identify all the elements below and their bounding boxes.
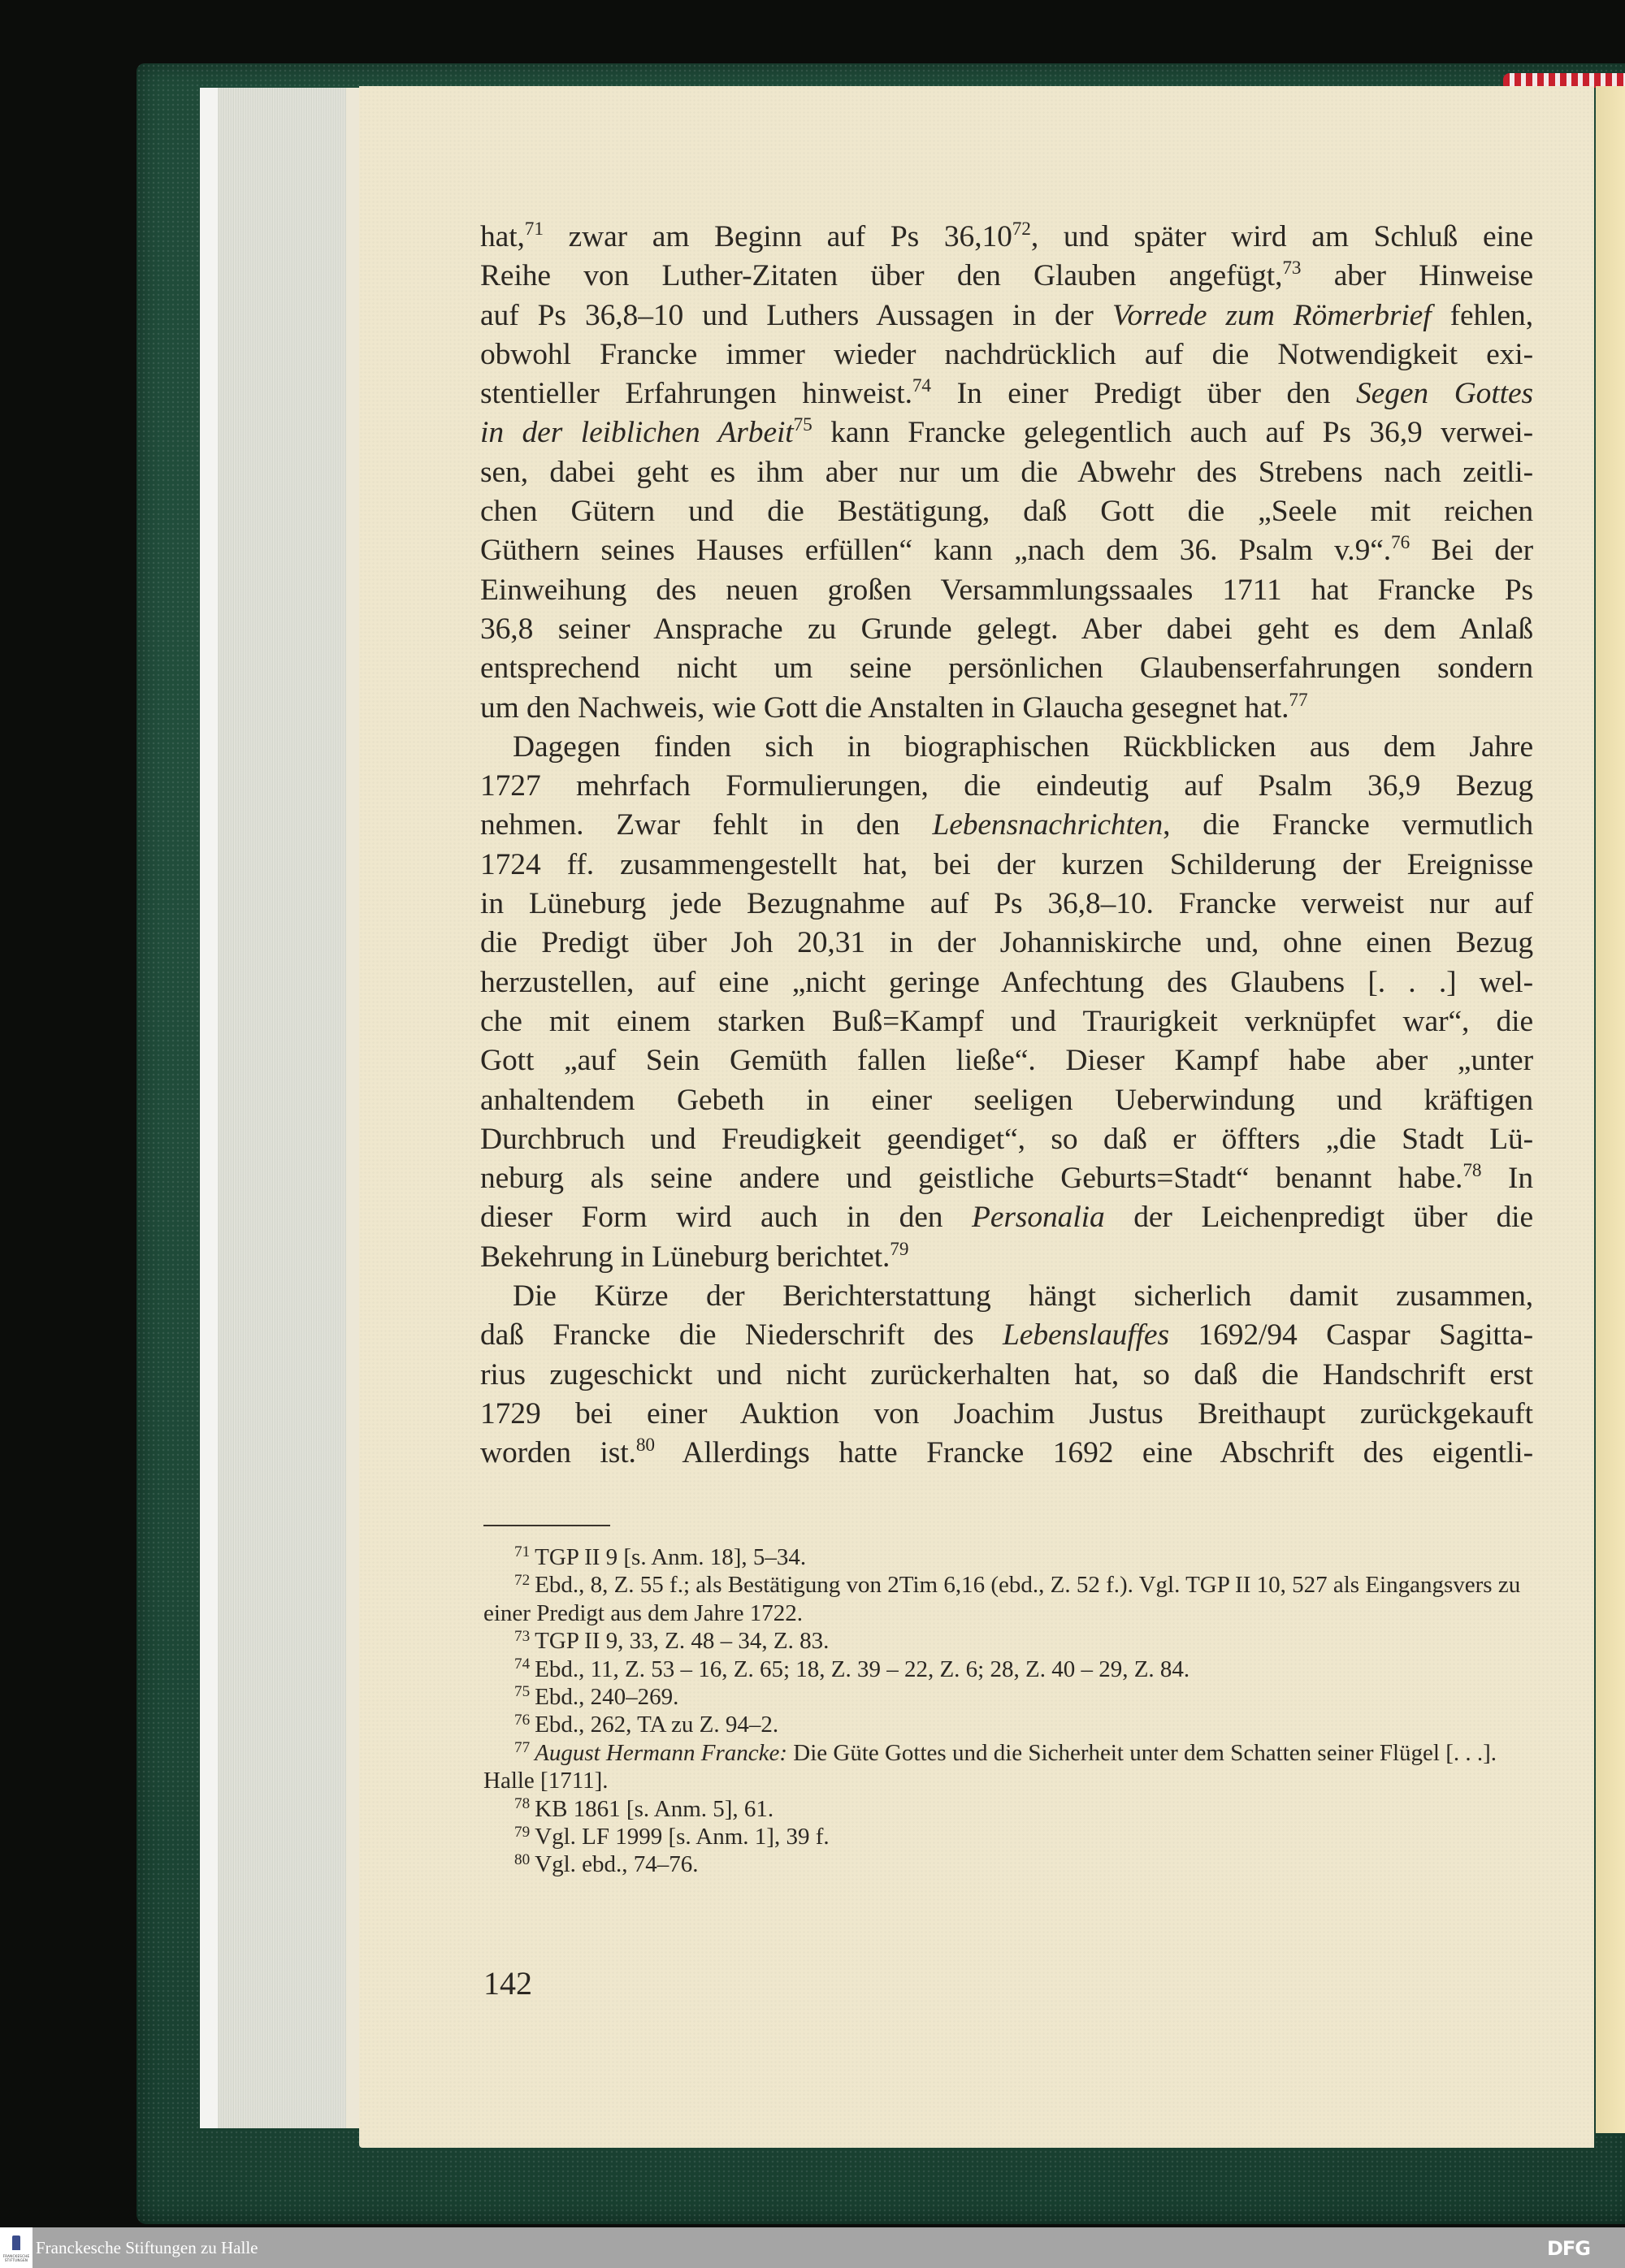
footnotes: 71TGP II 9 [s. Anm. 18], 5–34.72Ebd., 8,… <box>483 1543 1532 1879</box>
page-edge-band <box>346 88 359 2128</box>
text-line: rius zugeschickt und nicht zurückerhalte… <box>480 1356 1533 1395</box>
text-line: Durchbruch und Freudigkeit geendiget“, s… <box>480 1120 1533 1159</box>
text-line: neburg als seine andere und geistliche G… <box>480 1159 1533 1198</box>
text-line: auf Ps 36,8–10 und Luthers Aussagen in d… <box>480 296 1533 335</box>
footnote: 77August Hermann Francke: Die Güte Gotte… <box>483 1739 1532 1795</box>
italic-title: Lebenslauffes <box>1003 1318 1169 1352</box>
text-line: chen Gütern und die Bestätigung, daß Got… <box>480 492 1533 531</box>
text-line: sen, dabei geht es ihm aber nur um die A… <box>480 453 1533 492</box>
text-line: 1729 bei einer Auktion von Joachim Justu… <box>480 1395 1533 1434</box>
footnote-number: 71 <box>514 1543 530 1560</box>
footnote: 74Ebd., 11, Z. 53 – 16, Z. 65; 18, Z. 39… <box>483 1656 1532 1683</box>
page-number: 142 <box>483 1964 532 2002</box>
text-line: Bekehrung in Lüneburg berichtet.79 <box>480 1238 1533 1277</box>
footnote-ref[interactable]: 77 <box>1289 690 1307 711</box>
footnote-ref[interactable]: 78 <box>1462 1160 1481 1181</box>
footnote-number: 76 <box>514 1712 530 1729</box>
italic-title: in der leiblichen Arbeit <box>480 416 794 449</box>
text-line: nehmen. Zwar fehlt in den Lebensnachrich… <box>480 806 1533 845</box>
italic-title: August Hermann Francke: <box>535 1740 787 1766</box>
footnote-number: 72 <box>514 1572 530 1589</box>
italic-title: Personalia <box>972 1201 1105 1234</box>
institution-name[interactable]: Franckesche Stiftungen zu Halle <box>36 2238 258 2258</box>
footnote: 76Ebd., 262, TA zu Z. 94–2. <box>483 1711 1532 1738</box>
footnote-ref[interactable]: 72 <box>1012 219 1031 240</box>
logo-text: FRANCKESCHE STIFTUNGEN <box>1 2254 32 2262</box>
footnote: 80Vgl. ebd., 74–76. <box>483 1850 1532 1878</box>
footnote-number: 78 <box>514 1795 530 1812</box>
text-line: stentieller Erfahrungen hinweist.74 In e… <box>480 374 1533 413</box>
dfg-logo[interactable]: DFG <box>1547 2237 1590 2260</box>
paragraph: Dagegen finden sich in biographischen Rü… <box>480 728 1533 1277</box>
text-line: Gott „auf Sein Gemüth fallen ließe“. Die… <box>480 1041 1533 1080</box>
footnote-ref[interactable]: 74 <box>912 375 931 396</box>
footnote: 75Ebd., 240–269. <box>483 1683 1532 1711</box>
endpaper-edge <box>200 88 218 2128</box>
text-line: um den Nachweis, wie Gott die Anstalten … <box>480 689 1533 728</box>
text-line: in der leiblichen Arbeit75 kann Francke … <box>480 413 1533 452</box>
italic-title: Lebensnachrichten <box>932 808 1163 842</box>
text-line: in Lüneburg jede Bezugnahme auf Ps 36,8–… <box>480 885 1533 924</box>
text-line: anhaltendem Gebeth in einer seeligen Ueb… <box>480 1081 1533 1120</box>
footnote-ref[interactable]: 80 <box>636 1435 655 1456</box>
page-edges <box>200 88 359 2128</box>
footnote-ref[interactable]: 73 <box>1282 258 1301 279</box>
statue-icon <box>12 2236 20 2250</box>
text-line: worden ist.80 Allerdings hatte Francke 1… <box>480 1434 1533 1473</box>
text-line: hat,71 zwar am Beginn auf Ps 36,1072, un… <box>480 218 1533 257</box>
footnote-number: 79 <box>514 1824 530 1841</box>
footnote-number: 73 <box>514 1628 530 1645</box>
body-text: hat,71 zwar am Beginn auf Ps 36,1072, un… <box>480 218 1533 1474</box>
text-line: 1724 ff. zusammengestellt hat, bei der k… <box>480 846 1533 885</box>
text-line: die Predigt über Joh 20,31 in der Johann… <box>480 924 1533 963</box>
text-line: herzustellen, auf eine „nicht geringe An… <box>480 963 1533 1002</box>
italic-title: Segen Gottes <box>1356 377 1533 410</box>
institution-logo[interactable]: FRANCKESCHE STIFTUNGEN <box>0 2227 32 2268</box>
footnote-number: 74 <box>514 1656 530 1673</box>
footnote: 71TGP II 9 [s. Anm. 18], 5–34. <box>483 1543 1532 1571</box>
footnote-ref[interactable]: 71 <box>525 219 544 240</box>
text-line: daß Francke die Niederschrift des Lebens… <box>480 1316 1533 1355</box>
text-line: Reihe von Luther-Zitaten über den Glaube… <box>480 257 1533 296</box>
footnote-number: 75 <box>514 1683 530 1700</box>
text-line: entsprechend nicht um seine persönlichen… <box>480 649 1533 688</box>
text-line: Güthern seines Hauses erfüllen“ kann „na… <box>480 531 1533 570</box>
paragraph: hat,71 zwar am Beginn auf Ps 36,1072, un… <box>480 218 1533 728</box>
footnote-number: 80 <box>514 1851 530 1868</box>
text-line: Dagegen finden sich in biographischen Rü… <box>480 728 1533 767</box>
text-line: 36,8 seiner Ansprache zu Grunde gelegt. … <box>480 610 1533 649</box>
footnote-ref[interactable]: 79 <box>890 1239 908 1260</box>
text-line: obwohl Francke immer wieder nachdrücklic… <box>480 335 1533 374</box>
text-line: 1727 mehrfach Formulierungen, die eindeu… <box>480 767 1533 806</box>
footnote-separator <box>483 1525 610 1526</box>
footnote: 72Ebd., 8, Z. 55 f.; als Bestätigung von… <box>483 1571 1532 1627</box>
next-page-edge <box>1596 86 1625 2133</box>
footnote-ref[interactable]: 76 <box>1391 532 1410 553</box>
text-line: dieser Form wird auch in den Personalia … <box>480 1198 1533 1237</box>
text-line: Die Kürze der Berichterstattung hängt si… <box>480 1277 1533 1316</box>
footnote: 73TGP II 9, 33, Z. 48 – 34, Z. 83. <box>483 1627 1532 1655</box>
text-line: che mit einem starken Buß=Kampf und Trau… <box>480 1002 1533 1041</box>
footnote-number: 77 <box>514 1739 530 1756</box>
footnote: 78KB 1861 [s. Anm. 5], 61. <box>483 1795 1532 1823</box>
paragraph: Die Kürze der Berichterstattung hängt si… <box>480 1277 1533 1473</box>
italic-title: Vorrede zum Römerbrief <box>1112 299 1432 332</box>
footnote: 79Vgl. LF 1999 [s. Anm. 1], 39 f. <box>483 1823 1532 1850</box>
text-line: Einweihung des neuen großen Versammlungs… <box>480 571 1533 610</box>
footnote-ref[interactable]: 75 <box>794 415 812 436</box>
footer-bar: FRANCKESCHE STIFTUNGEN Franckesche Stift… <box>0 2227 1625 2268</box>
